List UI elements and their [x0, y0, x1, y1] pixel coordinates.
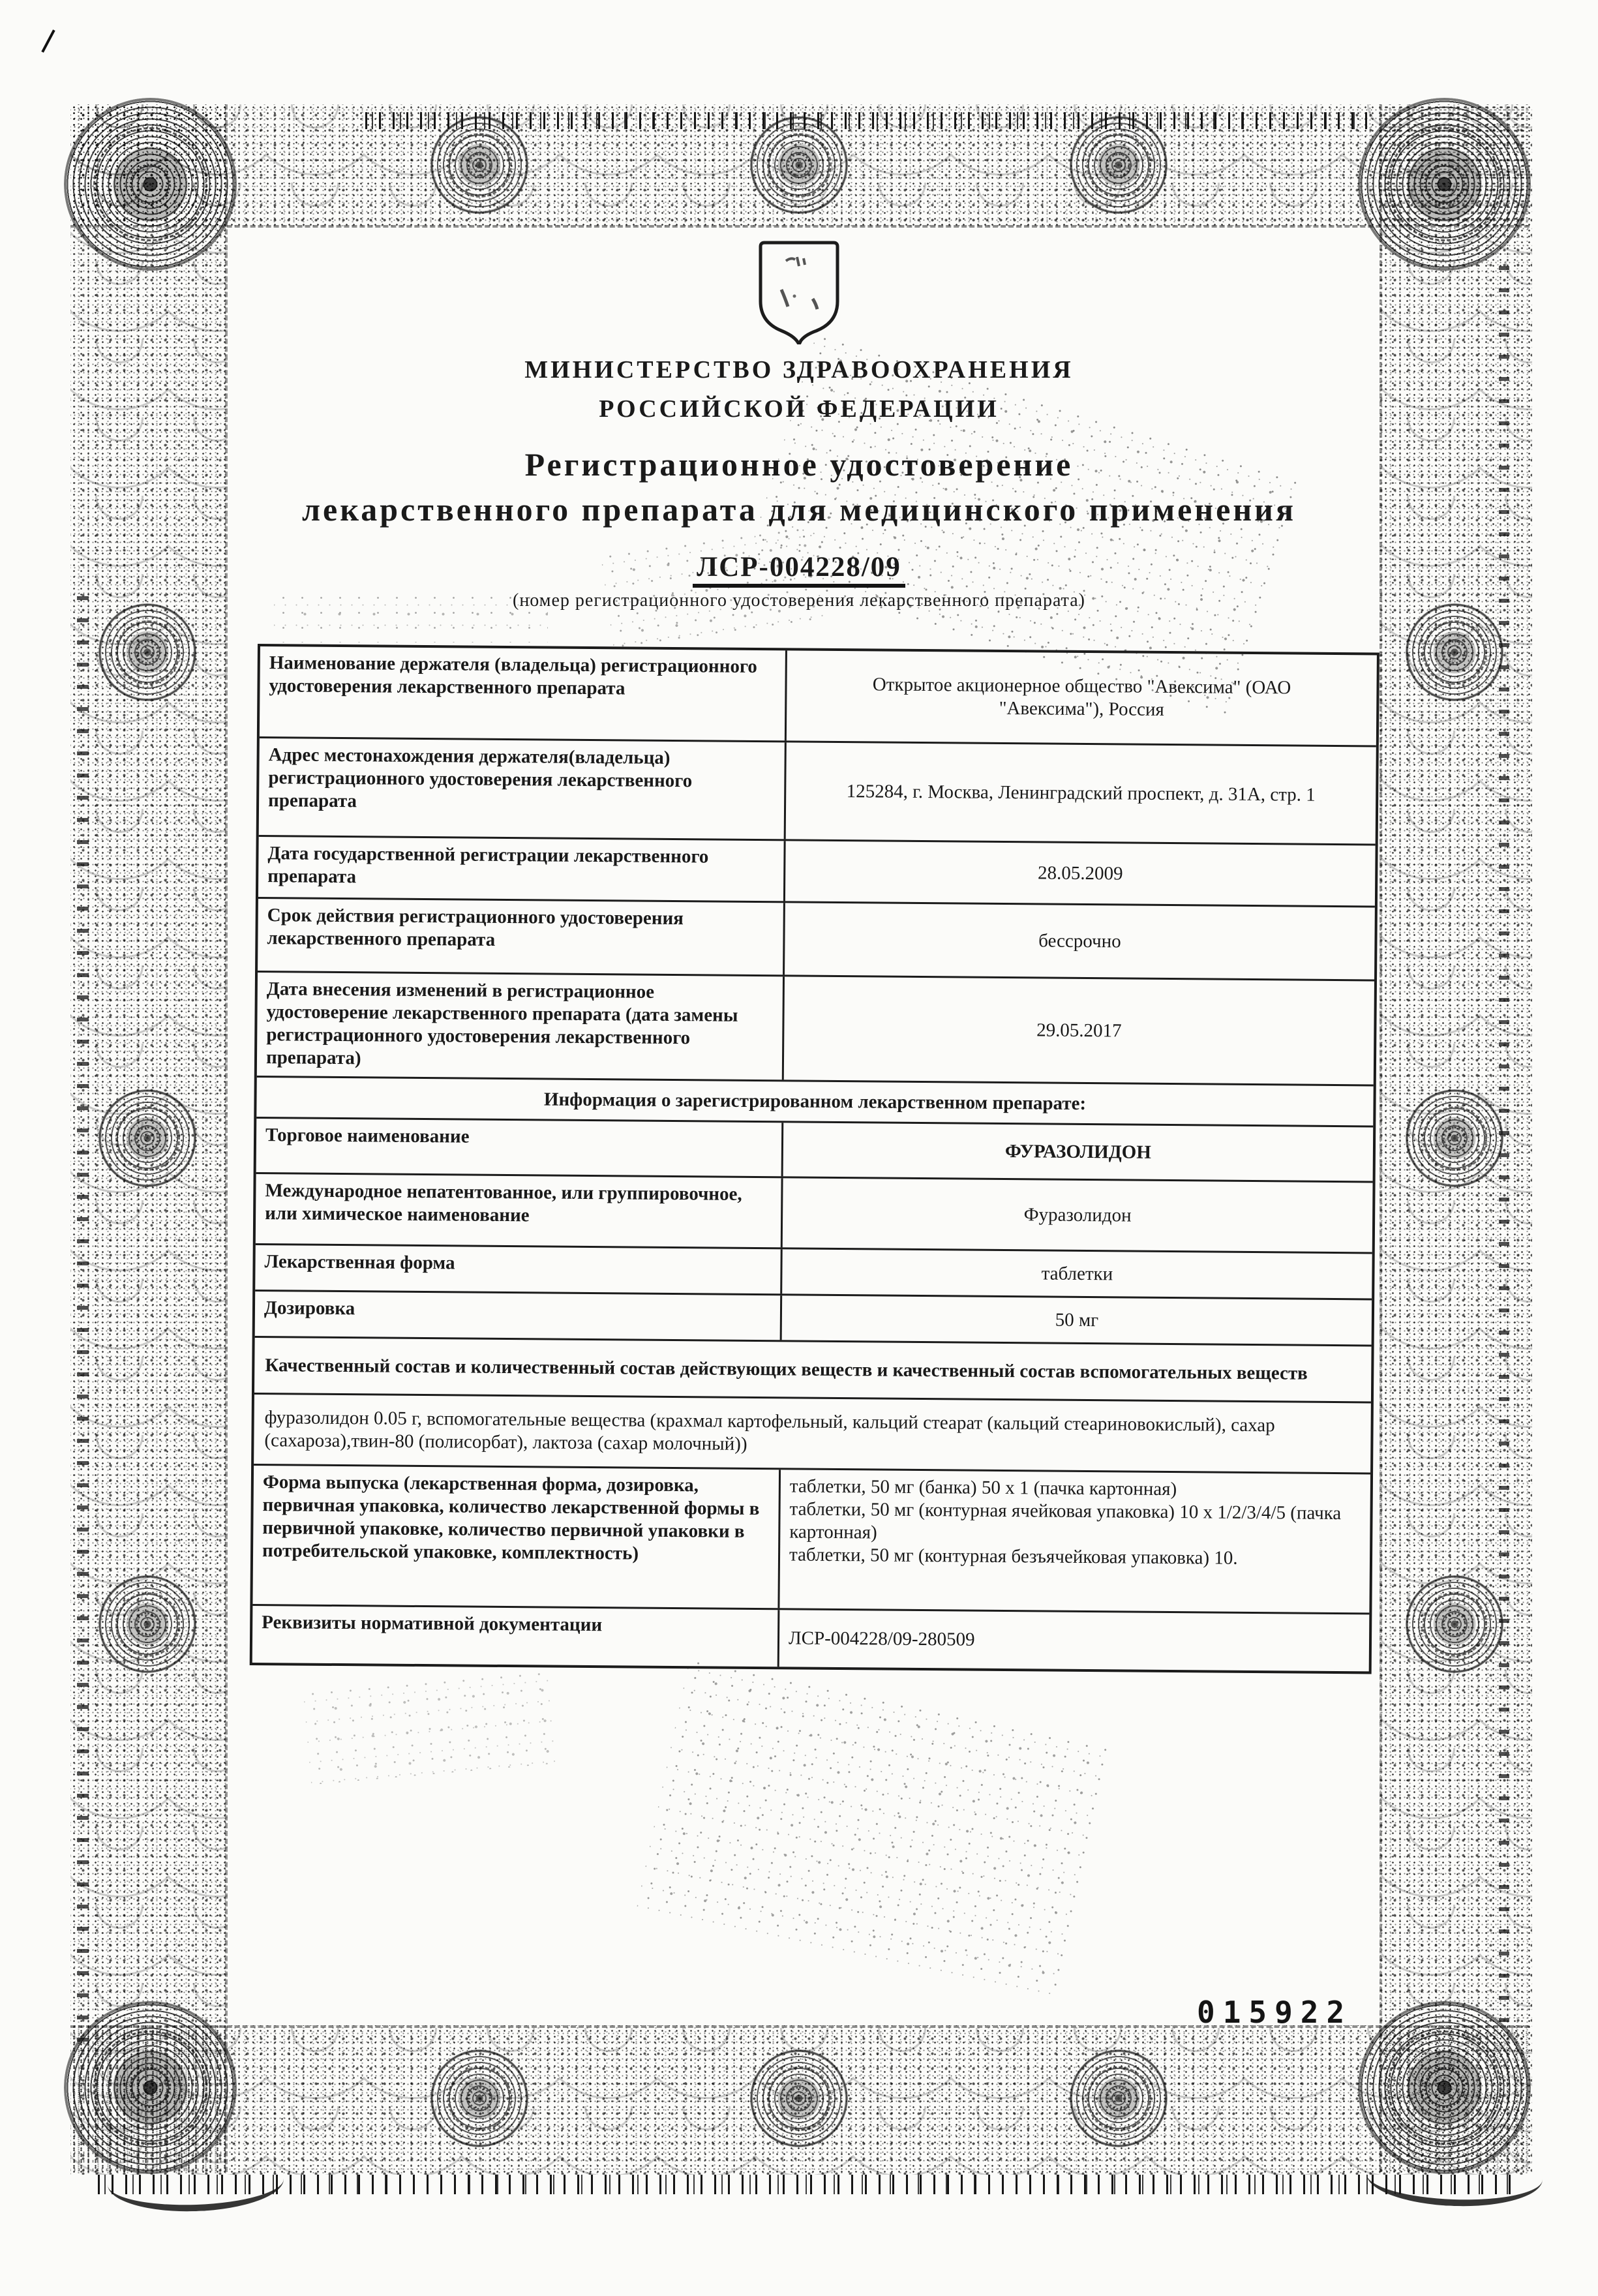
- row-holder-name: Наименование держателя (владельца) регис…: [260, 646, 1377, 745]
- registration-number-caption: (номер регистрационного удостоверения ле…: [0, 590, 1598, 611]
- row-validity-term: Срок действия регистрационного удостовер…: [258, 897, 1375, 979]
- row-dosage: Дозировка 50 мг: [255, 1290, 1372, 1344]
- row-release-form: Форма выпуска (лекарственная форма, дози…: [252, 1464, 1370, 1612]
- top-medallion: [1070, 116, 1168, 214]
- side-medallion: [1406, 603, 1503, 701]
- corner-rosette-bottom-left: [64, 2001, 237, 2174]
- ministry-name-line1: МИНИСТЕРСТВО ЗДРАВООХРАНЕНИЯ: [0, 355, 1598, 384]
- corner-rosette-top-left: [64, 98, 237, 271]
- registration-table: Наименование держателя (владельца) регис…: [250, 644, 1379, 1674]
- left-tick-column: [77, 587, 89, 2042]
- row-registration-date: Дата государственной регистрации лекарст…: [258, 835, 1376, 905]
- bottom-medallion: [750, 2049, 848, 2147]
- release-form-lines: таблетки, 50 мг (банка) 50 х 1 (пачка ка…: [789, 1475, 1361, 1571]
- form-serial-number: 015922: [1197, 1995, 1352, 2030]
- row-amendment-date: Дата внесения изменений в регистрационно…: [257, 971, 1374, 1084]
- row-trade-name: Торговое наименование ФУРАЗОЛИДОН: [256, 1117, 1374, 1181]
- document-title-line2: лекарственного препарата для медицинског…: [0, 491, 1598, 528]
- scan-noise-patch: [303, 1666, 558, 1785]
- scanned-registration-certificate: МИНИСТЕРСТВО ЗДРАВООХРАНЕНИЯ РОССИЙСКОЙ …: [0, 0, 1598, 2296]
- document-title-line1: Регистрационное удостоверение: [0, 446, 1598, 483]
- row-normative-docs: Реквизиты нормативной документации ЛСР-0…: [252, 1604, 1370, 1671]
- row-holder-address: Адрес местонахождения держателя(владельц…: [259, 736, 1376, 843]
- row-dosage-form: Лекарственная форма таблетки: [255, 1243, 1372, 1298]
- row-info-section-header: Информация о зарегистрированном лекарств…: [256, 1076, 1373, 1125]
- bottom-tick-row: [98, 2175, 1520, 2194]
- scan-noise-patch: [637, 1654, 1112, 1999]
- row-composition-header: Качественный состав и количественный сос…: [254, 1336, 1372, 1401]
- registration-number: ЛСР-004228/09: [0, 551, 1598, 583]
- scan-stray-mark: [41, 29, 55, 52]
- corner-rosette-top-right: [1358, 98, 1531, 271]
- top-medallion: [430, 116, 528, 214]
- side-medallion: [98, 603, 196, 701]
- side-medallion: [98, 1089, 196, 1187]
- ministry-name-line2: РОССИЙСКОЙ ФЕДЕРАЦИИ: [0, 395, 1598, 423]
- side-medallion: [98, 1575, 196, 1673]
- row-inn-name: Международное непатентованное, или групп…: [256, 1172, 1373, 1252]
- side-medallion: [1406, 1575, 1503, 1673]
- row-composition-detail: фуразолидон 0.05 г, вспомогательные веще…: [254, 1393, 1371, 1472]
- top-tick-row: [365, 112, 1376, 129]
- side-medallion: [1406, 1089, 1503, 1187]
- top-medallion: [750, 116, 848, 214]
- bottom-medallion: [1070, 2049, 1168, 2147]
- bottom-medallion: [430, 2049, 528, 2147]
- coat-of-arms-shield-icon: [757, 239, 841, 344]
